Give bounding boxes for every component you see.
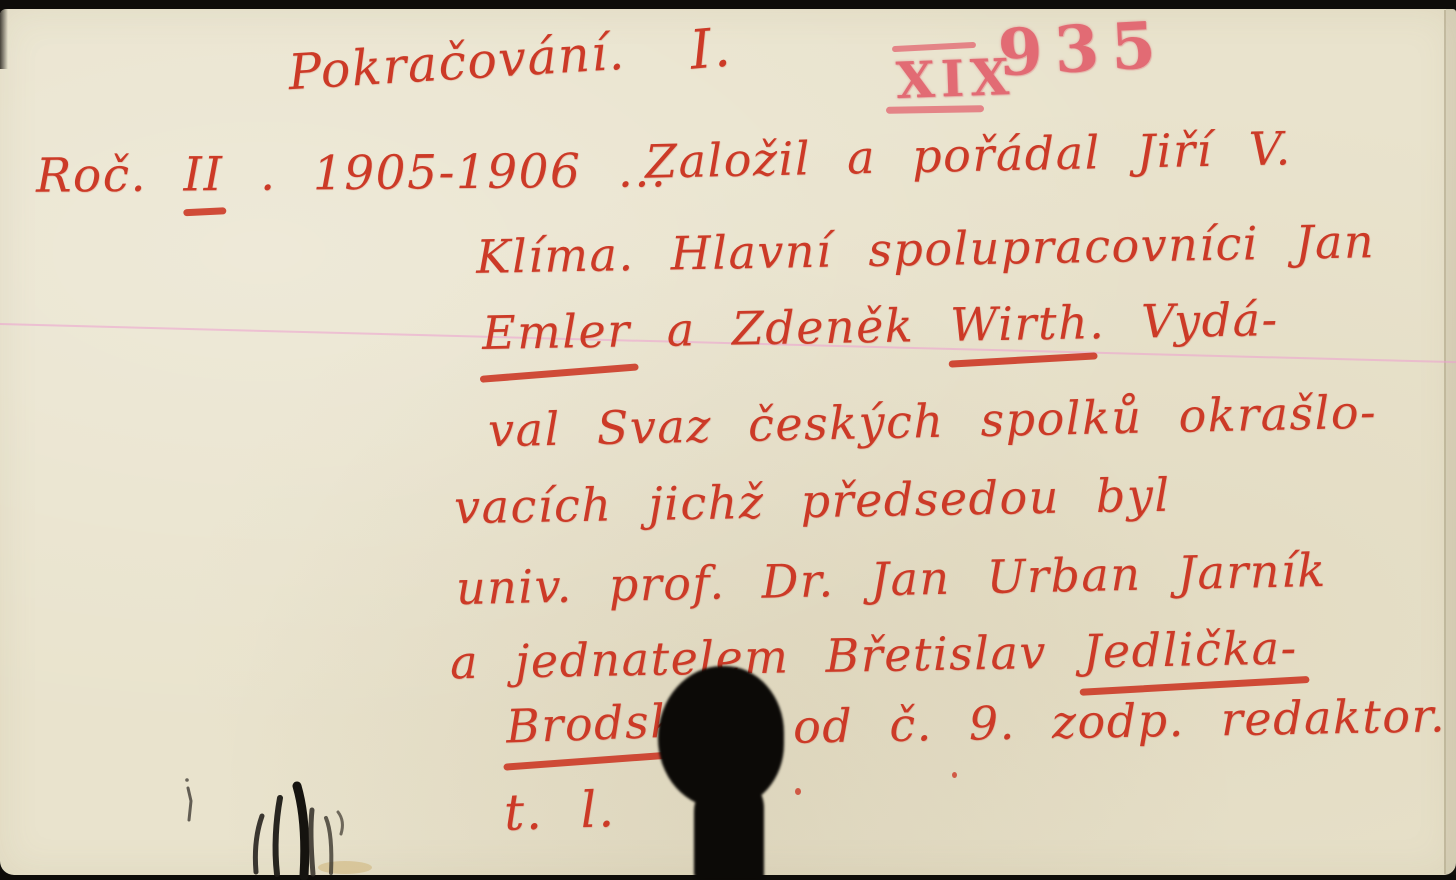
scan-background: { "colors": { "paper": "#e9e3cd", "ink":… bbox=[0, 0, 1456, 880]
body-line-3-mid: a Zdeněk bbox=[630, 298, 951, 358]
pencil-scribbles bbox=[150, 768, 380, 880]
body-line-5: vacích jichž předsedou byl bbox=[454, 472, 1171, 530]
name-jedlicka: Jedlička- bbox=[1082, 621, 1298, 679]
volume-numeral: II bbox=[183, 147, 224, 202]
card-right-edge-shade bbox=[1446, 9, 1456, 875]
volume-line: Roč. II . 1905-1906 ... bbox=[36, 147, 668, 200]
body-line-7: a jednatelem Břetislav Jedlička- bbox=[450, 625, 1298, 686]
ink-speck bbox=[795, 788, 801, 795]
name-wirth: Wirth bbox=[950, 295, 1090, 351]
body-line-3-tail: . Vydá- bbox=[1089, 292, 1279, 349]
name-brodsky: Brodský bbox=[505, 693, 708, 754]
body-line-1: Založil a pořádal Jiří V. bbox=[645, 125, 1292, 185]
heading-numeral: I. bbox=[688, 20, 734, 77]
body-line-9: t. l. bbox=[503, 784, 616, 838]
body-line-3: Emler a Zdeněk Wirth. Vydá- bbox=[482, 296, 1279, 356]
name-emler: Emler bbox=[482, 303, 632, 360]
volume-years: . 1905-1906 ... bbox=[223, 143, 667, 202]
ink-speck bbox=[952, 772, 957, 778]
body-line-8-name: Brodský bbox=[505, 697, 707, 750]
card-left-edge-shadow bbox=[0, 9, 8, 69]
body-line-7-lead: a jednatelem Břetislav bbox=[450, 624, 1084, 689]
scanned-catalog-card: Pokračování. I. XIX 935 Roč. II . 1905-1… bbox=[0, 0, 1456, 880]
shelfmark-number: 935 bbox=[996, 14, 1169, 87]
body-line-8-rest: od č. 9. zodp. redaktor. bbox=[793, 692, 1447, 749]
volume-label: Roč. bbox=[36, 147, 184, 203]
